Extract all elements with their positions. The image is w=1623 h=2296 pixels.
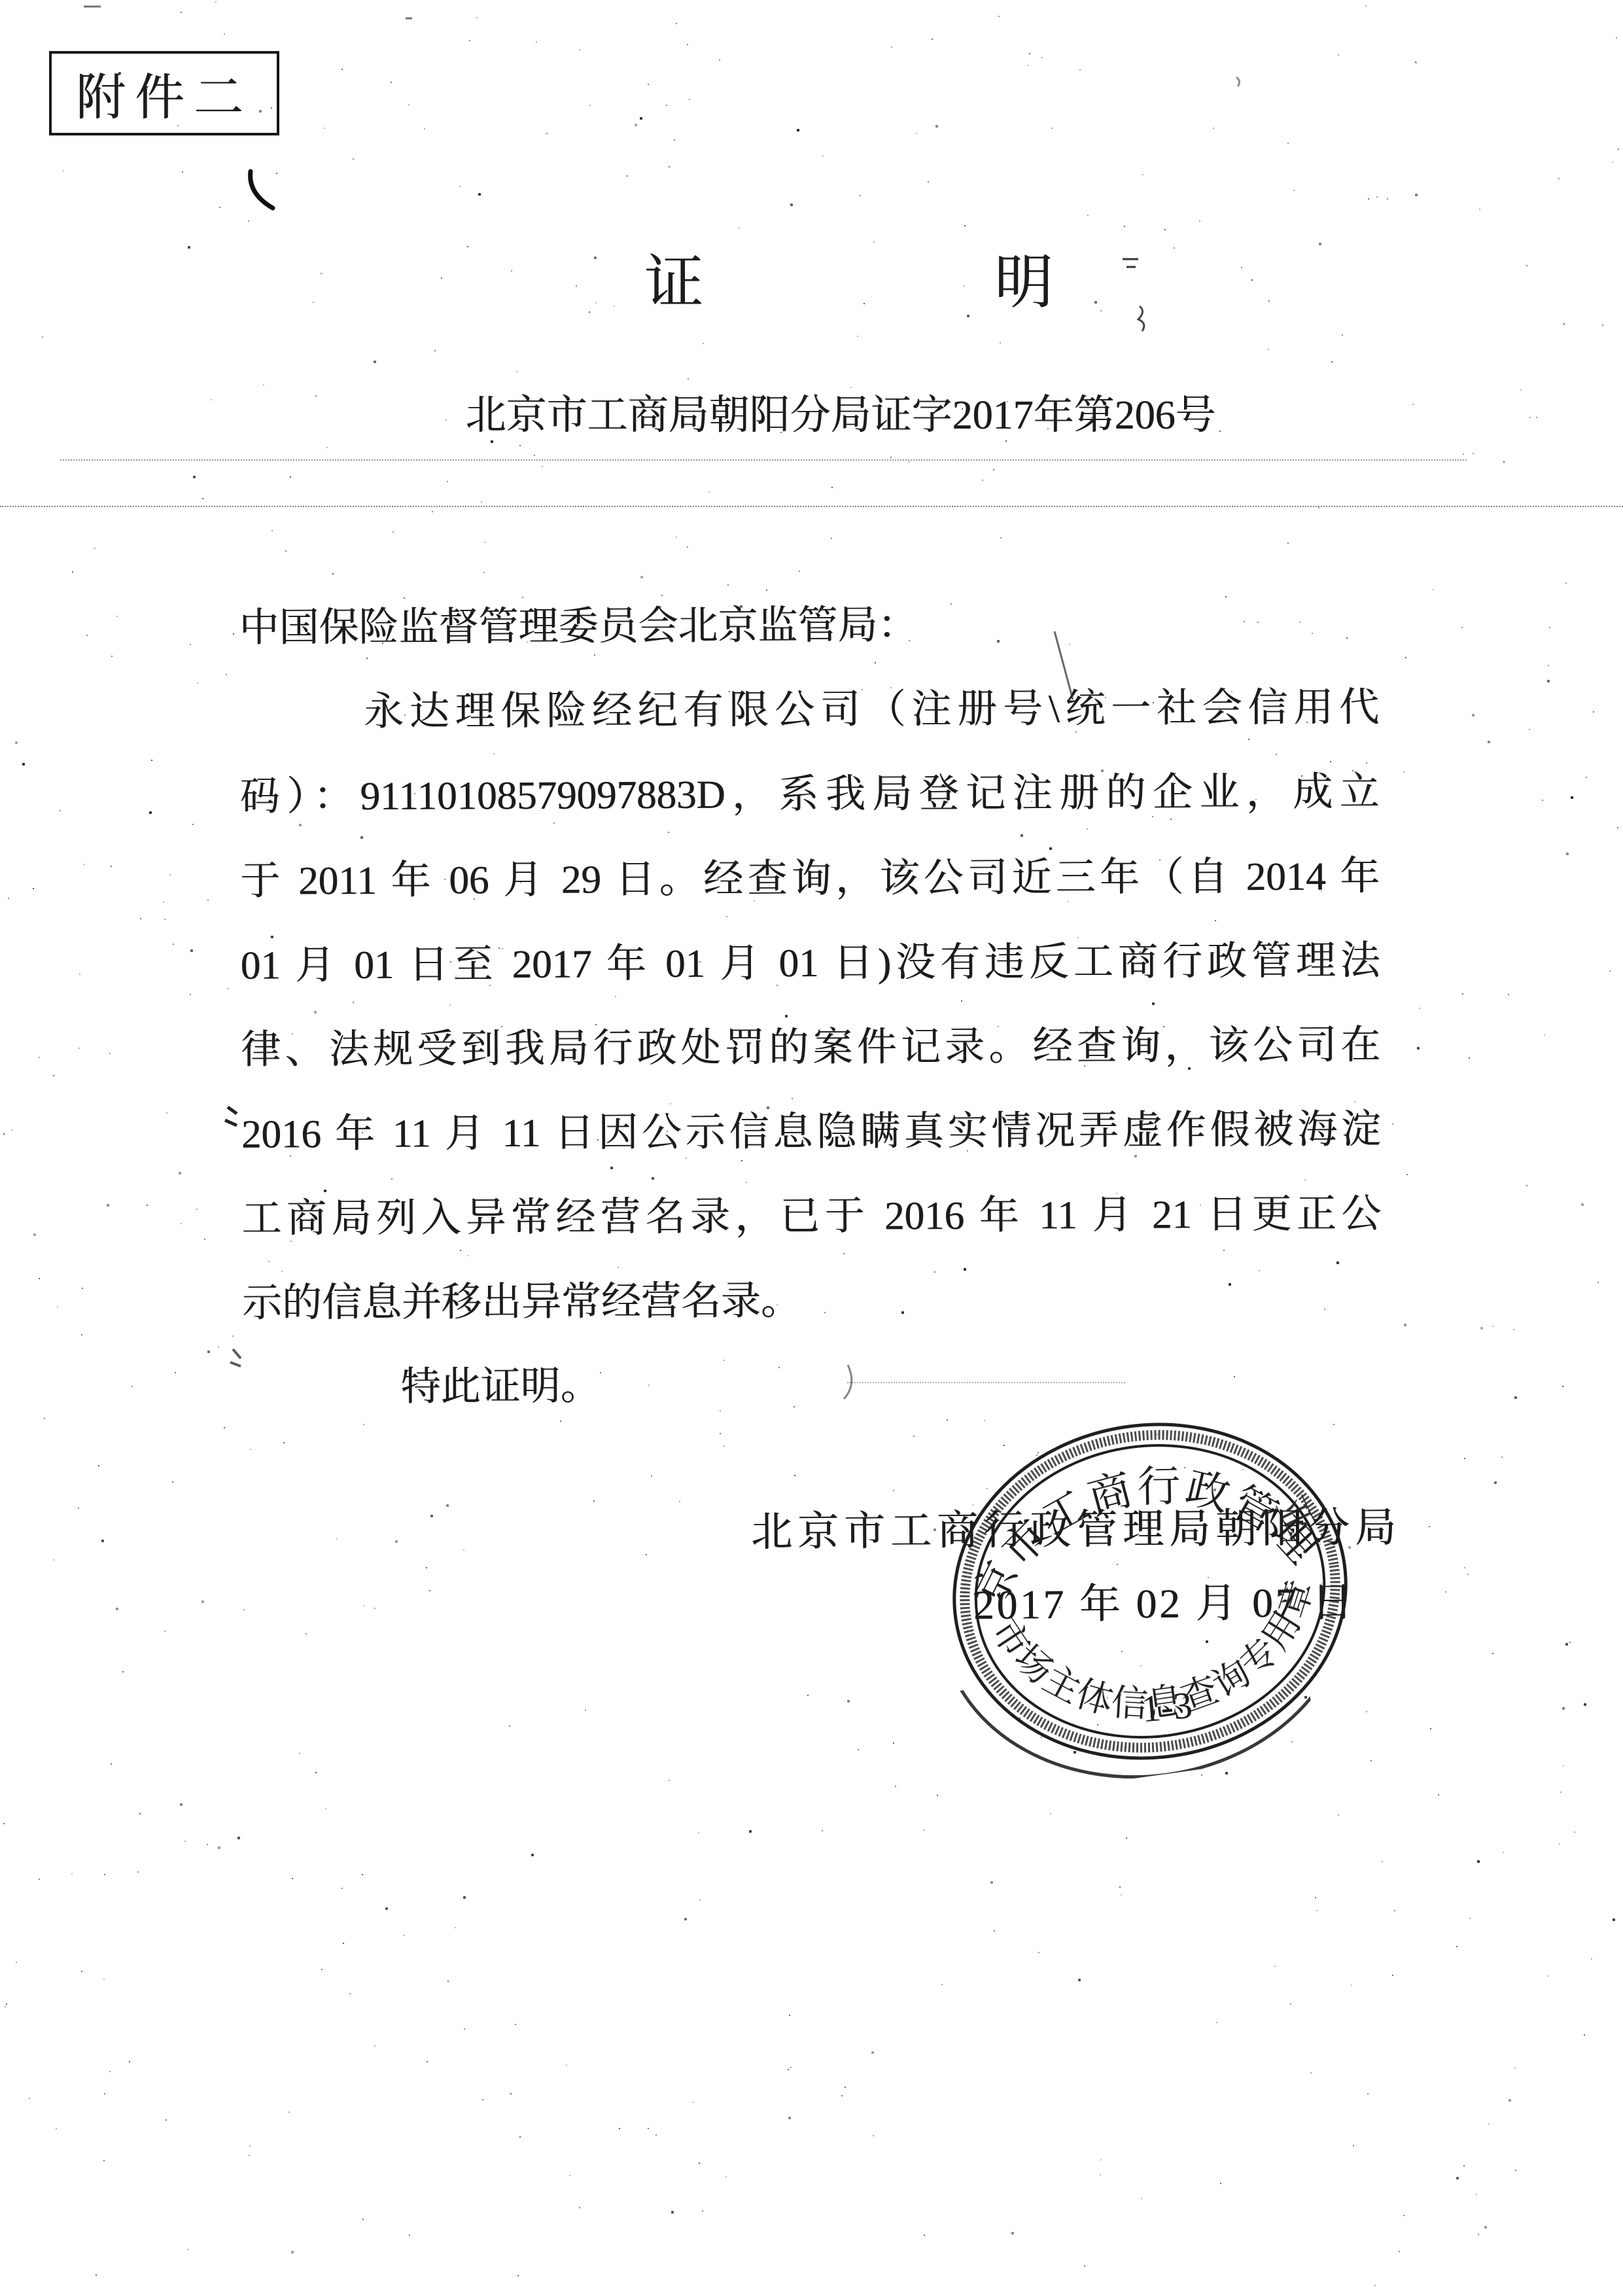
noise-dot (482, 2099, 483, 2100)
noise-dot (326, 447, 328, 448)
noise-dot (923, 1829, 924, 1831)
noise-dot (519, 2136, 521, 2138)
noise-dot (1464, 1567, 1465, 1568)
noise-dot (1593, 711, 1594, 713)
noise-dot (724, 1445, 725, 1447)
noise-dot (790, 203, 793, 206)
noise-dot (149, 811, 152, 814)
noise-dot (1338, 54, 1339, 56)
noise-dot (129, 2061, 130, 2062)
noise-dot (288, 2111, 290, 2113)
noise-dot (1514, 2068, 1516, 2069)
noise-dot (702, 2210, 703, 2212)
noise-dot (579, 2207, 580, 2208)
noise-dot (71, 1873, 73, 1875)
noise-dot (276, 173, 277, 174)
noise-dot (434, 350, 436, 351)
noise-dot (131, 1386, 133, 1387)
body-line: 中国保险监督管理委员会北京监管局： (239, 581, 1379, 671)
noise-dot (857, 336, 858, 337)
noise-dot (1563, 1765, 1564, 1767)
noise-dot (941, 1984, 943, 1985)
noise-dot (671, 2211, 674, 2214)
noise-dot (913, 1436, 915, 1437)
noise-dot (409, 2234, 410, 2236)
noise-dot (689, 99, 690, 100)
noise-dot (1078, 1979, 1081, 1981)
noise-dot (86, 635, 88, 636)
noise-dot (315, 395, 317, 397)
noise-dot (1374, 2285, 1376, 2286)
noise-dot (478, 193, 481, 196)
noise-dot (684, 1918, 687, 1920)
noise-dot (1351, 1985, 1352, 1986)
body-line: 于 2011 年 06 月 29 日。经查询，该公司近三年（自 2014 年 (240, 834, 1380, 924)
noise-dot (1433, 589, 1434, 590)
noise-dot (511, 270, 512, 272)
noise-dot (860, 195, 861, 196)
noise-dot (299, 1753, 300, 1754)
noise-dot (81, 1971, 82, 1972)
noise-dot (703, 343, 704, 344)
noise-dot (1480, 1327, 1483, 1330)
noise-dot (147, 1205, 148, 1206)
noise-dot (166, 1112, 167, 1114)
noise-dot (569, 2175, 570, 2176)
noise-dot (374, 361, 376, 363)
noise-dot (1287, 542, 1289, 544)
noise-dot (589, 105, 591, 106)
attachment-label: 附件二 (76, 58, 253, 129)
noise-dot (1119, 1886, 1121, 1888)
noise-dot (94, 548, 96, 549)
noise-dot (263, 384, 264, 385)
noise-dot (1520, 389, 1522, 391)
noise-dot (1079, 69, 1081, 71)
noise-dot (1274, 1966, 1276, 1967)
noise-dot (1403, 771, 1405, 773)
noise-dot (1415, 194, 1418, 196)
noise-dot (1399, 2251, 1400, 2252)
body-line: 2016 年 11 月 11 日因公示信息隐瞒真实情况弄虚作假被海淀 (241, 1087, 1382, 1177)
noise-dot (313, 302, 314, 303)
noise-dot (850, 387, 852, 388)
noise-dot (395, 1540, 398, 1543)
noise-dot (84, 864, 85, 865)
noise-dot (1005, 440, 1007, 442)
noise-dot (315, 1772, 317, 1773)
noise-dot (1492, 1653, 1493, 1654)
noise-dot (1492, 1326, 1493, 1327)
noise-dot (187, 2249, 188, 2250)
noise-dot (807, 1695, 809, 1696)
noise-dot (104, 2093, 105, 2094)
noise-dot (107, 1204, 109, 1207)
noise-dot (1268, 349, 1269, 350)
noise-dot (1011, 2232, 1014, 2234)
scan-artifact-line (0, 506, 1623, 507)
noise-dot (1566, 853, 1569, 855)
noise-dot (166, 2119, 167, 2121)
noise-dot (1041, 57, 1043, 58)
noise-dot (1618, 149, 1619, 150)
noise-dot (1584, 2034, 1585, 2036)
noise-dot (708, 491, 710, 493)
noise-dot (207, 900, 209, 901)
document-title: 证明 (644, 254, 1344, 313)
noise-dot (16, 1962, 17, 1963)
noise-dot (1213, 128, 1214, 129)
noise-dot (190, 949, 193, 952)
noise-dot (566, 2064, 567, 2066)
noise-dot (72, 571, 73, 573)
noise-dot (1469, 1057, 1470, 1059)
noise-dot (585, 1710, 586, 1711)
noise-dot (1464, 1458, 1465, 1459)
noise-dot (228, 988, 229, 989)
certificate-body: 中国保险监督管理委员会北京监管局：永达理保险经纪有限公司（注册号\统一社会信用代… (239, 581, 1382, 1430)
noise-dot (57, 1307, 58, 1308)
noise-dot (290, 476, 291, 478)
noise-dot (579, 49, 580, 50)
noise-dot (1549, 627, 1550, 628)
noise-dot (341, 1888, 343, 1889)
noise-dot (725, 2176, 727, 2178)
noise-dot (1164, 229, 1166, 230)
noise-dot (1478, 2234, 1479, 2235)
noise-dot (845, 2087, 846, 2088)
noise-dot (362, 1874, 363, 1875)
noise-dot (202, 498, 203, 499)
noise-dot (1509, 2099, 1511, 2102)
noise-dot (122, 1671, 124, 1672)
noise-dot (321, 273, 322, 274)
noise-dot (515, 2024, 516, 2025)
noise-dot (1038, 1952, 1039, 1953)
noise-dot (1542, 800, 1543, 801)
noise-dot (1469, 1918, 1471, 1919)
noise-dot (516, 371, 517, 372)
noise-dot (1574, 1831, 1575, 1833)
noise-dot (181, 12, 182, 13)
noise-dot (1484, 2226, 1487, 2229)
noise-dot (1419, 1008, 1420, 1009)
noise-dot (362, 2219, 364, 2220)
noise-dot (1584, 1703, 1586, 1706)
noise-dot (1353, 2145, 1354, 2146)
noise-dot (546, 133, 548, 134)
noise-dot (169, 874, 171, 875)
noise-dot (964, 225, 966, 226)
noise-dot (109, 1053, 111, 1054)
noise-dot (676, 23, 677, 24)
noise-dot (5, 2006, 6, 2007)
noise-dot (476, 17, 478, 18)
noise-dot (614, 306, 615, 307)
noise-dot (1602, 325, 1603, 326)
noise-dot (928, 181, 929, 183)
noise-dot (211, 399, 212, 400)
noise-dot (1376, 196, 1378, 198)
noise-dot (12, 1129, 13, 1131)
noise-dot (1462, 993, 1463, 995)
noise-dot (207, 1844, 208, 1845)
noise-dot (291, 2251, 294, 2253)
noise-dot (1456, 1946, 1457, 1947)
noise-dot (469, 40, 470, 41)
noise-dot (103, 1979, 105, 1980)
noise-dot (190, 994, 191, 995)
noise-dot (648, 2128, 649, 2129)
noise-dot (109, 2071, 111, 2072)
noise-dot (429, 1590, 430, 1591)
noise-dot (679, 1501, 680, 1502)
noise-dot (1310, 2072, 1312, 2074)
noise-dot (151, 760, 152, 761)
noise-dot (1526, 265, 1527, 266)
noise-dot (190, 644, 191, 645)
noise-dot (237, 1837, 240, 1839)
noise-dot (180, 1803, 183, 1806)
noise-dot (589, 311, 590, 313)
noise-dot (1501, 1457, 1503, 1458)
noise-dot (534, 455, 535, 456)
noise-dot (1456, 2177, 1459, 2180)
noise-dot (1571, 796, 1573, 799)
body-line: 永达理保险经纪有限公司（注册号\统一社会信用代 (239, 665, 1380, 755)
noise-dot (426, 1567, 427, 1568)
noise-dot (446, 1504, 449, 1507)
noise-dot (676, 537, 677, 538)
noise-dot (1220, 2183, 1221, 2184)
noise-dot (1536, 417, 1537, 418)
noise-dot (595, 302, 597, 304)
noise-dot (699, 2163, 700, 2164)
noise-dot (1569, 1642, 1571, 1643)
noise-dot (182, 171, 183, 173)
noise-dot (1331, 361, 1333, 362)
scanned-certificate-page: { "page": { "attachment_label": "附件二", "… (0, 0, 1623, 2296)
noise-dot (720, 1433, 721, 1434)
noise-dot (1467, 1574, 1469, 1575)
noise-dot (349, 1993, 351, 1994)
noise-dot (441, 277, 442, 279)
noise-dot (1100, 2159, 1102, 2161)
noise-dot (8, 898, 9, 899)
noise-dot (1463, 2165, 1465, 2166)
noise-dot (1461, 627, 1463, 628)
noise-dot (215, 1, 217, 3)
noise-dot (674, 139, 675, 141)
noise-dot (79, 1048, 80, 1049)
noise-dot (655, 2134, 657, 2136)
noise-dot (666, 105, 667, 106)
noise-dot (871, 2051, 874, 2054)
noise-dot (790, 2067, 792, 2068)
noise-dot (536, 41, 537, 43)
noise-dot (6, 2004, 7, 2005)
noise-dot (15, 741, 18, 744)
noise-dot (1515, 2170, 1516, 2171)
noise-dot (1563, 323, 1565, 325)
noise-dot (96, 2274, 97, 2276)
noise-dot (44, 1418, 45, 1419)
noise-dot (82, 1288, 83, 1289)
noise-dot (1199, 221, 1200, 222)
noise-dot (218, 1846, 220, 1849)
noise-dot (455, 1927, 456, 1928)
noise-dot (1051, 128, 1053, 129)
noise-dot (404, 1935, 405, 1936)
noise-dot (1547, 1975, 1548, 1977)
noise-dot (594, 256, 597, 259)
noise-dot (459, 186, 461, 187)
noise-dot (994, 1930, 995, 1932)
body-line: 律、法规受到我局行政处罚的案件记录。经查询，该公司在 (241, 1003, 1381, 1093)
noise-dot (1370, 1760, 1372, 1761)
noise-dot (343, 1943, 344, 1944)
noise-dot (1000, 537, 1002, 539)
noise-dot (519, 445, 521, 446)
noise-dot (1394, 1910, 1395, 1911)
noise-dot (447, 481, 448, 482)
noise-dot (1050, 1813, 1051, 1814)
noise-dot (693, 2102, 694, 2103)
noise-dot (175, 1372, 176, 1373)
noise-dot (1613, 1918, 1615, 1921)
noise-dot (63, 170, 64, 171)
noise-dot (749, 1830, 752, 1833)
noise-dot (1225, 1772, 1228, 1775)
noise-dot (924, 2234, 925, 2236)
document-number: 北京市工商局朝阳分局证字2017年第206号 (445, 391, 1236, 440)
noise-dot (797, 129, 799, 132)
noise-dot (1503, 1852, 1504, 1853)
issue-date: 2017 年 02 月 07 日 (973, 1580, 1355, 1628)
noise-dot (3, 1133, 5, 1135)
noise-dot (1513, 1329, 1514, 1330)
issuer-signature: 北京市工商行政管理局朝阳分局 (751, 1505, 1401, 1555)
noise-dot (1342, 334, 1343, 336)
noise-dot (1514, 1396, 1517, 1399)
body-line: 示的信息并移出异常经营名录。 (242, 1256, 1382, 1346)
noise-dot (79, 974, 80, 975)
noise-dot (1029, 53, 1030, 54)
noise-dot (1403, 2215, 1405, 2216)
noise-dot (116, 616, 118, 617)
noise-dot (789, 2015, 790, 2016)
noise-dot (635, 124, 637, 126)
noise-dot (271, 530, 273, 531)
noise-dot (249, 2155, 250, 2156)
noise-dot (424, 128, 425, 130)
noise-dot (1365, 5, 1367, 7)
noise-dot (1597, 1282, 1599, 1283)
noise-dot (1027, 65, 1028, 66)
noise-dot (542, 466, 543, 467)
scan-artifact-line (60, 459, 1467, 461)
noise-dot (42, 336, 43, 338)
noise-dot (1586, 777, 1587, 778)
noise-dot (698, 1832, 699, 1833)
noise-dot (699, 1899, 701, 1901)
noise-dot (1141, 2198, 1142, 2199)
noise-dot (192, 824, 194, 825)
noise-dot (1216, 2022, 1217, 2023)
noise-dot (1526, 1185, 1527, 1186)
noise-dot (1438, 1794, 1439, 1795)
noise-dot (1319, 243, 1321, 245)
noise-dot (104, 1874, 105, 1875)
noise-dot (1558, 178, 1560, 179)
noise-dot (305, 1633, 307, 1634)
noise-dot (1494, 1481, 1497, 1484)
noise-dot (393, 531, 394, 533)
noise-dot (891, 46, 892, 48)
noise-dot (831, 538, 832, 539)
stamp-number: 1-3 (1140, 1684, 1195, 1730)
noise-dot (935, 125, 938, 128)
noise-dot (1338, 1814, 1339, 1816)
noise-dot (1367, 2093, 1369, 2094)
noise-dot (1287, 143, 1289, 144)
noise-dot (1417, 1047, 1420, 1050)
noise-dot (197, 682, 198, 684)
noise-dot (1000, 342, 1001, 344)
noise-dot (116, 1608, 118, 1610)
noise-dot (181, 1223, 182, 1224)
noise-dot (33, 1233, 36, 1236)
noise-dot (172, 1481, 173, 1483)
noise-dot (739, 227, 740, 228)
noise-dot (188, 246, 190, 249)
noise-dot (292, 1878, 293, 1879)
noise-dot (858, 1749, 859, 1750)
noise-dot (831, 487, 833, 488)
noise-dot (1559, 1843, 1560, 1845)
noise-dot (219, 207, 220, 208)
noise-dot (111, 656, 113, 657)
noise-dot (1368, 198, 1369, 200)
noise-dot (1318, 507, 1319, 508)
noise-dot (1121, 1894, 1122, 1896)
noise-dot (325, 1808, 326, 1809)
noise-dot (1293, 190, 1295, 191)
noise-dot (982, 480, 983, 481)
noise-dot (1612, 162, 1613, 163)
noise-dot (207, 1351, 210, 1353)
noise-dot (39, 1057, 40, 1058)
noise-dot (788, 2117, 791, 2119)
noise-dot (1316, 1910, 1318, 1911)
noise-dot (1488, 2123, 1490, 2125)
noise-dot (1429, 1526, 1430, 1527)
noise-dot (893, 1490, 894, 1491)
noise-dot (226, 674, 227, 675)
noise-dot (111, 1763, 112, 1765)
noise-dot (799, 571, 800, 572)
noise-dot (1616, 37, 1617, 39)
noise-dot (285, 550, 287, 552)
noise-dot (1382, 1861, 1383, 1862)
noise-dot (719, 60, 720, 61)
noise-dot (78, 1508, 79, 1509)
noise-dot (916, 133, 917, 134)
noise-dot (1445, 1591, 1446, 1593)
noise-dot (1565, 1643, 1568, 1646)
noise-dot (140, 918, 141, 919)
noise-dot (248, 221, 249, 222)
